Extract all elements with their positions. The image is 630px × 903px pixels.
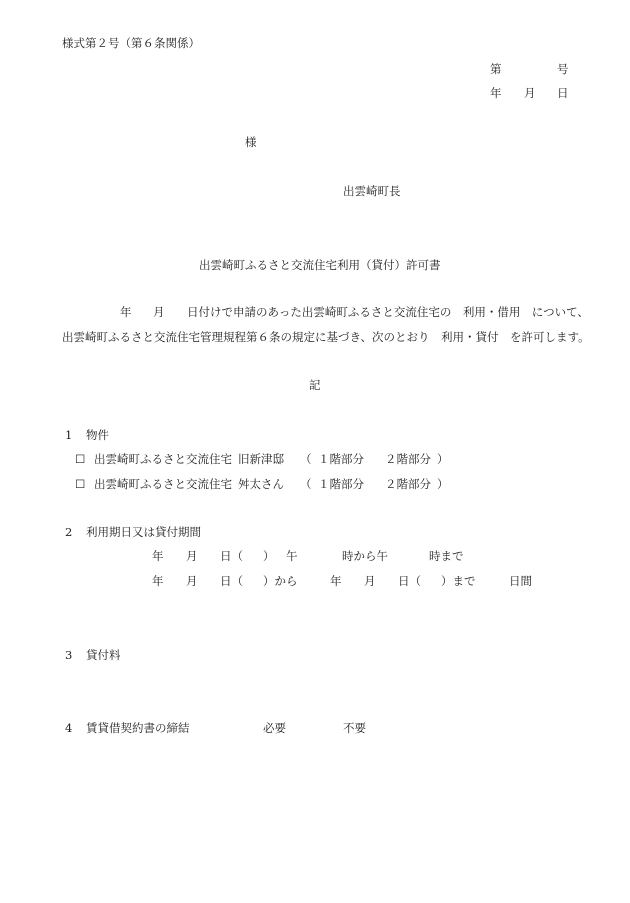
option1-close: ） [437,452,449,466]
row2-from: ）から [263,574,298,588]
row1-paren: ） [263,549,275,563]
option2-name: 出雲崎町ふるさと交流住宅 [94,477,232,491]
row2-month: 月 [186,574,198,588]
option1-floor2: ２階部分 [385,452,431,466]
body-year: 年 [120,305,132,319]
ki-heading: 記 [309,378,321,392]
item3-number: 3 [65,648,72,662]
item3-label: 貸付料 [86,648,121,662]
date-month: 月 [524,86,536,100]
row2-month2: 月 [364,574,376,588]
option1-open: （ [300,452,312,466]
issuer: 出雲崎町長 [343,184,401,198]
row2-days: 日間 [509,574,532,588]
row1-from: 時から午 [342,549,388,563]
row2-day: 日（ [220,574,243,588]
row1-year: 年 [152,549,164,563]
option2-floor2: ２階部分 [385,477,431,491]
option2-house: 舛太さん [238,477,284,491]
option1-name: 出雲崎町ふるさと交流住宅 [94,452,232,466]
item4-not-required: 不要 [343,721,366,735]
row1-go: 午 [286,549,298,563]
item4-number: 4 [65,721,72,735]
document-title: 出雲崎町ふるさと交流住宅利用（貸付）許可書 [199,258,441,272]
body-line1: 日付けで申請のあった出雲崎町ふるさと交流住宅の 利用・借用 について、 [187,305,589,319]
item4-required: 必要 [263,721,286,735]
option2-floor1: １階部分 [318,477,364,491]
row2-until: ）まで [441,574,476,588]
row2-year2: 年 [330,574,342,588]
date-year: 年 [490,86,502,100]
checkbox-icon[interactable]: ☐ [75,477,85,491]
row2-year: 年 [152,574,164,588]
item4-label: 賃貸借契約書の締結 [86,721,190,735]
row1-month: 月 [186,549,198,563]
number-dai: 第 [490,62,502,76]
item2-label: 利用期日又は貸付期間 [86,525,201,539]
addressee-suffix: 様 [245,135,257,149]
option2-open: （ [300,477,312,491]
checkbox-icon[interactable]: ☐ [75,452,85,466]
date-day: 日 [557,86,569,100]
row1-until: 時まで [429,549,464,563]
form-number: 様式第２号（第６条関係） [62,36,200,50]
row2-day2: 日（ [398,574,421,588]
body-line2: 出雲崎町ふるさと交流住宅管理規程第６条の規定に基づき、次のとおり 利用・貸付 を… [62,330,590,344]
item1-number: 1 [65,428,72,442]
row1-day: 日（ [220,549,243,563]
body-month: 月 [153,305,165,319]
item2-number: 2 [65,525,72,539]
item1-label: 物件 [86,428,109,442]
option2-close: ） [437,477,449,491]
option1-floor1: １階部分 [318,452,364,466]
number-go: 号 [557,62,569,76]
option1-house: 旧新津邸 [238,452,284,466]
